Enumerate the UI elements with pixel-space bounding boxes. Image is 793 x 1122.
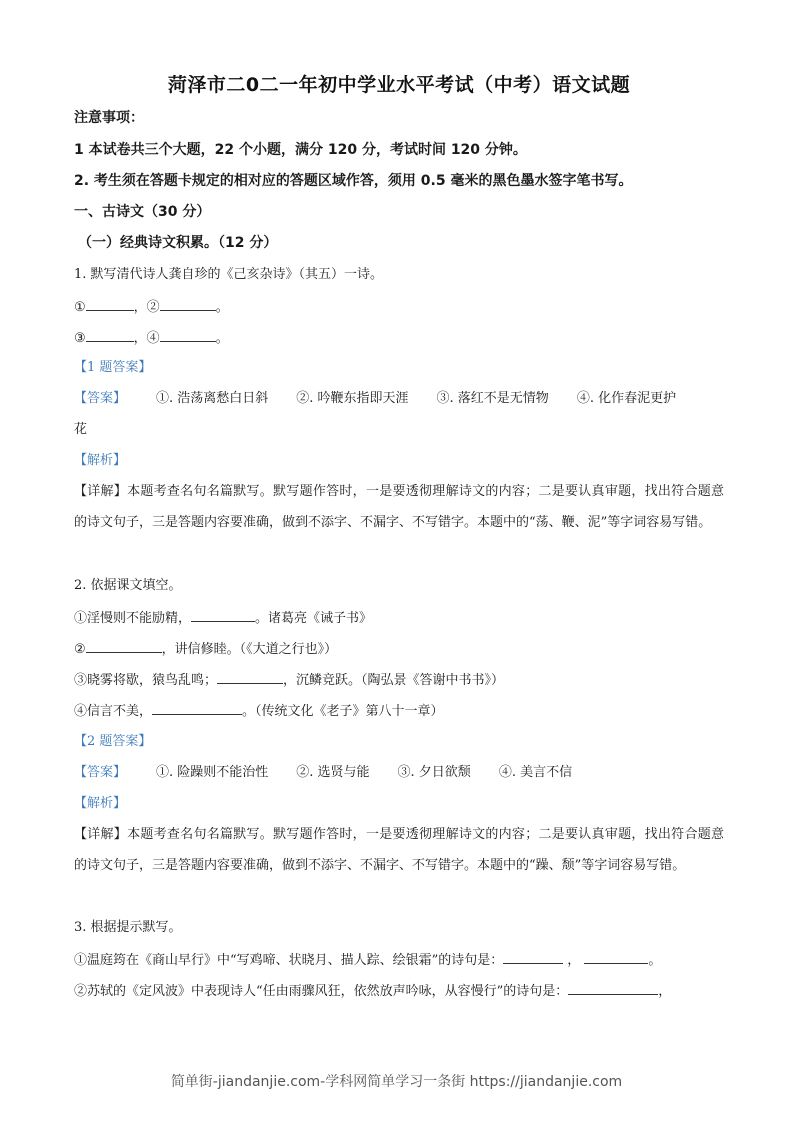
q2-item-1: ①淫慢则不能励精，。诸葛亮《诫子书》 <box>74 609 372 627</box>
q1-answer-4: ④. 化作春泥更护 <box>577 391 676 407</box>
period: 。 <box>648 953 661 968</box>
q1-detail: 【详解】本题考查名句名篇默写。默写题作答时，一是要透彻理解诗文的内容；二是要认真… <box>74 476 724 538</box>
q2-detail: 【详解】本题考查名句名篇默写。默写题作答时，一是要透彻理解诗文的内容；二是要认真… <box>74 819 724 881</box>
q1-prompt: 1. 默写清代诗人龚自珍的《己亥杂诗》（其五）一诗。 <box>74 267 383 283</box>
q3-item-2-pre: ②苏轼的《定风波》中表现诗人“任由雨骤风狂，依然放声吟咏，从容慢行”的诗句是： <box>74 984 568 999</box>
q3-item-2: ②苏轼的《定风波》中表现诗人“任由雨骤风狂，依然放声吟咏，从容慢行”的诗句是：， <box>74 982 671 1000</box>
detail-text: 本题考查名句名篇默写。默写题作答时，一是要透彻理解诗文的内容；二是要认真审题，找… <box>74 484 724 530</box>
q3-blank-3[interactable] <box>568 982 658 995</box>
q1-blank-4[interactable] <box>160 329 216 342</box>
section-heading: 一、古诗文（30 分） <box>74 204 210 220</box>
detail-tag: 【详解】 <box>74 484 127 499</box>
comma: ， <box>658 984 671 999</box>
q2-item-4-pre: ④信言不美， <box>74 704 152 719</box>
q2-answer-2: ②. 选贤与能 <box>296 765 369 781</box>
q1-blank-1[interactable] <box>86 298 134 311</box>
document-title: 菏泽市二0二一年初中学业水平考试（中考）语文试题 <box>74 70 724 97</box>
q2-blank-4[interactable] <box>152 702 242 715</box>
notice-item-1: 1 本试卷共三个大题，22 个小题，满分 120 分，考试时间 120 分钟。 <box>74 142 527 158</box>
detail-text: 本题考查名句名篇默写。默写题作答时，一是要透彻理解诗文的内容；二是要认真审题，找… <box>74 827 724 873</box>
q1-answer-row: 【答案】①. 浩荡离愁白日斜②. 吟鞭东指即天涯③. 落红不是无情物④. 化作春… <box>74 391 676 407</box>
q1-answer-wrap: 花 <box>74 422 87 438</box>
q1-answer-label: 【1 题答案】 <box>74 360 151 376</box>
q2-item-1-pre: ①淫慢则不能励精， <box>74 611 191 626</box>
q1-answer-1: ①. 浩荡离愁白日斜 <box>156 391 268 407</box>
notice-heading: 注意事项： <box>74 110 144 126</box>
footer-watermark: 简单街-jiandanjie.com-学科网简单学习一条街 https://ji… <box>0 1071 793 1091</box>
q2-item-3: ③晓雾将歇，猿鸟乱鸣；，沉鳞竞跃。（陶弘景《答谢中书书》） <box>74 671 504 689</box>
q2-blank-3[interactable] <box>217 671 283 684</box>
q2-answer-label: 【2 题答案】 <box>74 734 151 750</box>
subsection-heading: （一）经典诗文积累。（12 分） <box>78 235 277 251</box>
q1-blank-label-2: ② <box>147 300 160 315</box>
q2-answer-3: ③. 夕日欲颓 <box>398 765 471 781</box>
q3-item-1: ①温庭筠在《商山早行》中“写鸡啼、状晓月、描人踪、绘银霜”的诗句是：，。 <box>74 951 661 969</box>
q1-blanks-line-2: ③，④。 <box>74 329 229 347</box>
period: 。 <box>216 300 229 315</box>
q3-item-1-pre: ①温庭筠在《商山早行》中“写鸡啼、状晓月、描人踪、绘银霜”的诗句是： <box>74 953 503 968</box>
q2-item-2-pre: ② <box>74 642 86 657</box>
q2-answer-row: 【答案】①. 险躁则不能治性②. 选贤与能③. 夕日欲颓④. 美言不信 <box>74 765 572 781</box>
period: 。 <box>216 331 229 346</box>
q2-item-3-pre: ③晓雾将歇，猿鸟乱鸣； <box>74 673 217 688</box>
q1-analysis-label: 【解析】 <box>74 453 126 469</box>
q2-item-4-post: 。（传统文化《老子》第八十一章） <box>242 704 444 719</box>
separator: ， <box>134 331 147 346</box>
q2-prompt: 2. 依据课文填空。 <box>74 578 182 594</box>
q1-answer-3: ③. 落红不是无情物 <box>437 391 549 407</box>
q1-blank-label-4: ④ <box>147 331 160 346</box>
q2-blank-2[interactable] <box>86 640 162 653</box>
separator: ， <box>567 953 580 968</box>
q1-blanks-line-1: ①，②。 <box>74 298 229 316</box>
q1-blank-3[interactable] <box>86 329 134 342</box>
q1-blank-label-3: ③ <box>74 331 86 346</box>
q2-answer-1: ①. 险躁则不能治性 <box>156 765 268 781</box>
q2-item-1-post: 。诸葛亮《诫子书》 <box>255 611 372 626</box>
answer-tag: 【答案】 <box>74 391 126 406</box>
answer-tag: 【答案】 <box>74 765 126 780</box>
q2-item-3-post: ，沉鳞竞跃。（陶弘景《答谢中书书》） <box>283 673 504 688</box>
q1-blank-2[interactable] <box>160 298 216 311</box>
q2-answer-4: ④. 美言不信 <box>499 765 572 781</box>
q2-item-4: ④信言不美，。（传统文化《老子》第八十一章） <box>74 702 444 720</box>
q2-blank-1[interactable] <box>191 609 255 622</box>
q2-analysis-label: 【解析】 <box>74 796 126 812</box>
q3-blank-2[interactable] <box>584 951 648 964</box>
q3-blank-1[interactable] <box>503 951 563 964</box>
detail-tag: 【详解】 <box>74 827 127 842</box>
q2-item-2-post: ，讲信修睦。（《大道之行也》） <box>162 642 338 657</box>
q1-answer-2: ②. 吟鞭东指即天涯 <box>296 391 408 407</box>
q2-item-2: ②，讲信修睦。（《大道之行也》） <box>74 640 337 658</box>
q1-blank-label-1: ① <box>74 300 86 315</box>
notice-item-2: 2. 考生须在答题卡规定的相对应的答题区域作答，须用 0.5 毫米的黑色墨水签字… <box>74 173 632 189</box>
q3-prompt: 3. 根据提示默写。 <box>74 920 182 936</box>
separator: ， <box>134 300 147 315</box>
